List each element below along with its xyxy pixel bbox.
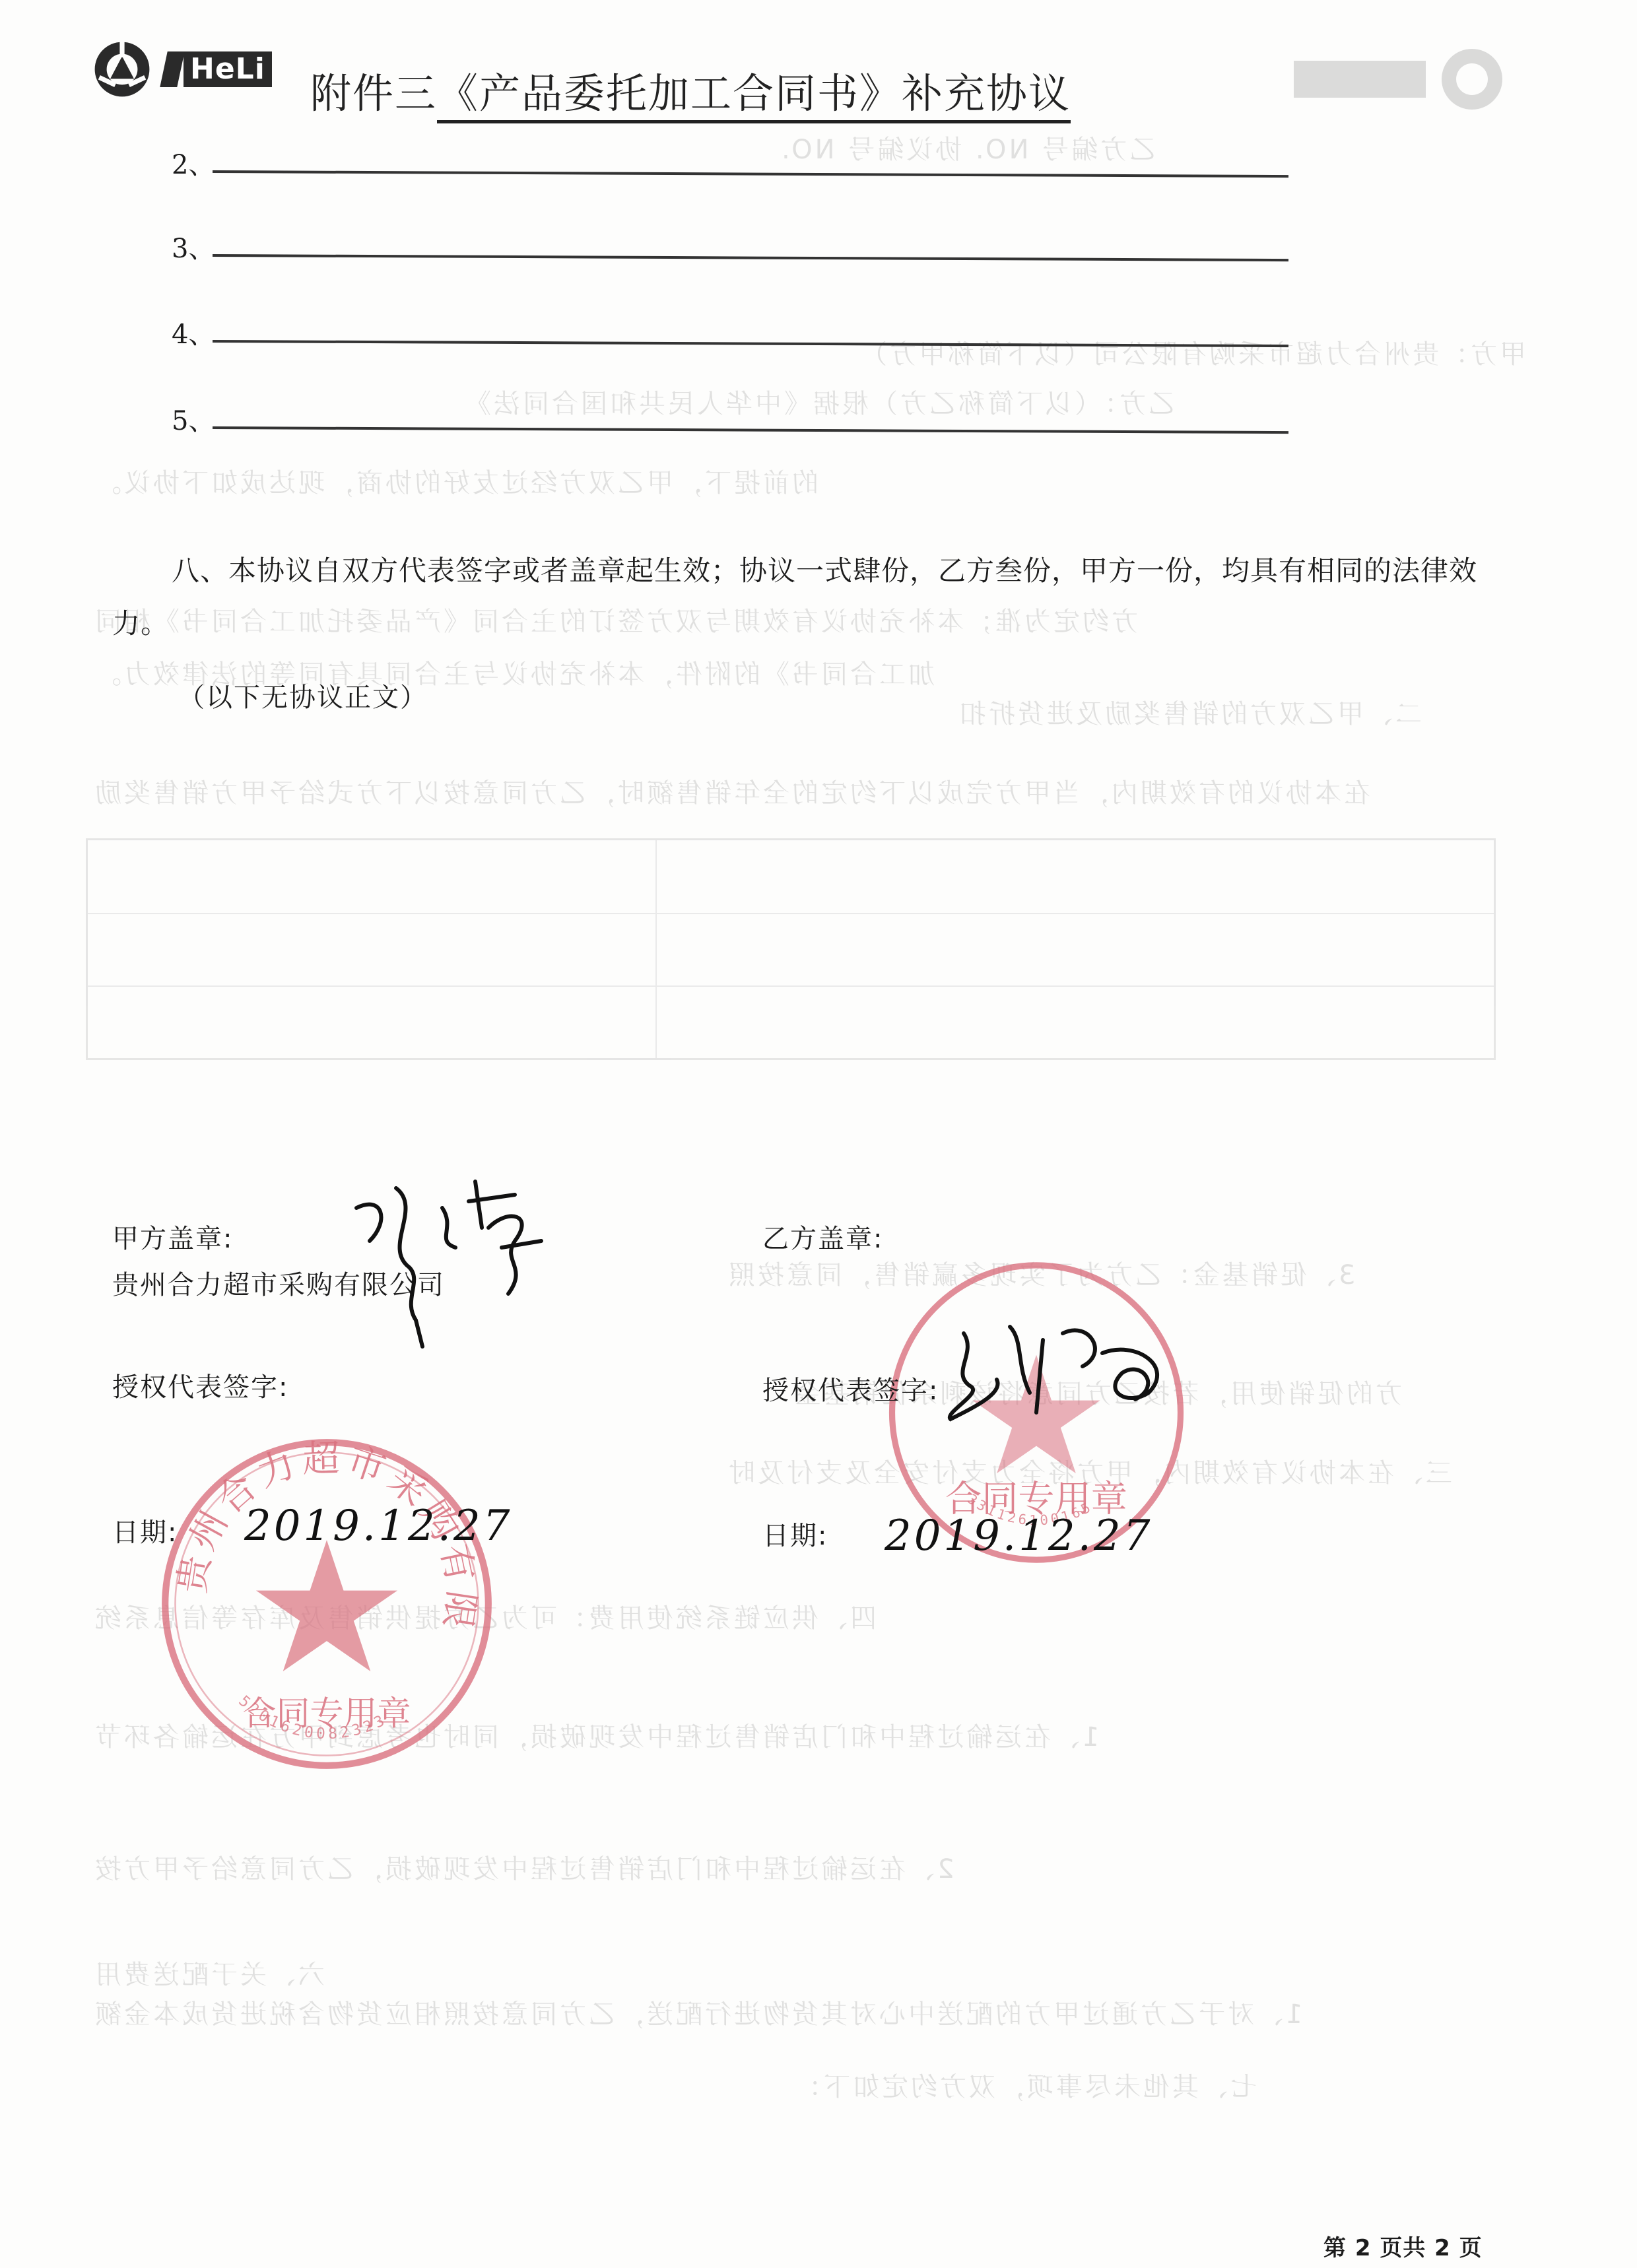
blank-item-5: 5、 [172,400,1294,440]
page-indicator: 第 2 页共 2 页 [1323,2230,1483,2262]
party-b-rep-label: 授权代表签字: [762,1370,939,1407]
bleed-through-text: 在本协议的有效期内，当甲方完成以下约定的全年销售额时，乙方同意按以下方式给予甲方… [92,772,1370,810]
clause-eight: 八、本协议自双方代表签字或者盖章起生效；协议一式肆份，乙方叁份，甲方一份，均具有… [112,545,1498,650]
document-title: 附件三《产品委托加工合同书》补充协议 [310,61,1071,119]
party-b-date-label: 日期: [762,1515,828,1552]
bleed-through-table [86,838,1496,1060]
party-a-seal-label: 甲方盖章: [112,1218,233,1255]
party-b-seal-label: 乙方盖章: [762,1218,883,1255]
bleed-through-logo [1294,46,1505,112]
bleed-through-text: 二、甲乙双方的销售奖励及进货折扣 [957,693,1422,731]
fill-in-line [213,426,1288,434]
party-a-date-label: 日期: [112,1512,178,1549]
party-b-signature [937,1314,1201,1426]
party-a-rep-label: 授权代表签字: [112,1366,288,1404]
bleed-through-text: 七、其他未尽事项，双方约定如下： [792,2066,1257,2104]
title-prefix: 附件三 [310,69,437,117]
party-a-signature [343,1168,581,1353]
blank-item-2: 2、 [172,144,1294,183]
party-a-company-stamp: 贵州合力超市采购有限公司 合同专用章 5201620082323 [158,1436,495,1772]
blank-item-4: 4、 [172,314,1294,353]
bleed-through-text: 2、在运输过程中和门店销售过程中发现破损，乙方同意给予甲方按 [92,1848,954,1886]
heli-wordmark: HeLi [164,51,272,87]
blank-item-3: 3、 [172,228,1294,267]
fill-in-line [213,170,1288,178]
bleed-through-text: 的前提下，甲乙双方经过友好的协商，现达成如下协议。 [92,462,818,500]
fill-in-line [213,254,1288,261]
title-main: 《产品委托加工合同书》补充协议 [437,69,1071,123]
bleed-through-text: 六、关于配送费用 [92,1954,325,1991]
party-a-handwritten-date: 2019.12.27 [244,1502,512,1551]
fill-in-line [213,340,1288,347]
party-b-handwritten-date: 2019.12.27 [885,1512,1153,1560]
heli-emblem-icon [92,40,152,99]
no-further-text-note: （以下无协议正文） [178,677,428,714]
heli-logo: HeLi [92,36,272,102]
bleed-through-text: 1、对于乙方通过甲方的配送中心对其货物进行配送，乙方同意按照相应货物含税进货成本… [92,1993,1302,2031]
